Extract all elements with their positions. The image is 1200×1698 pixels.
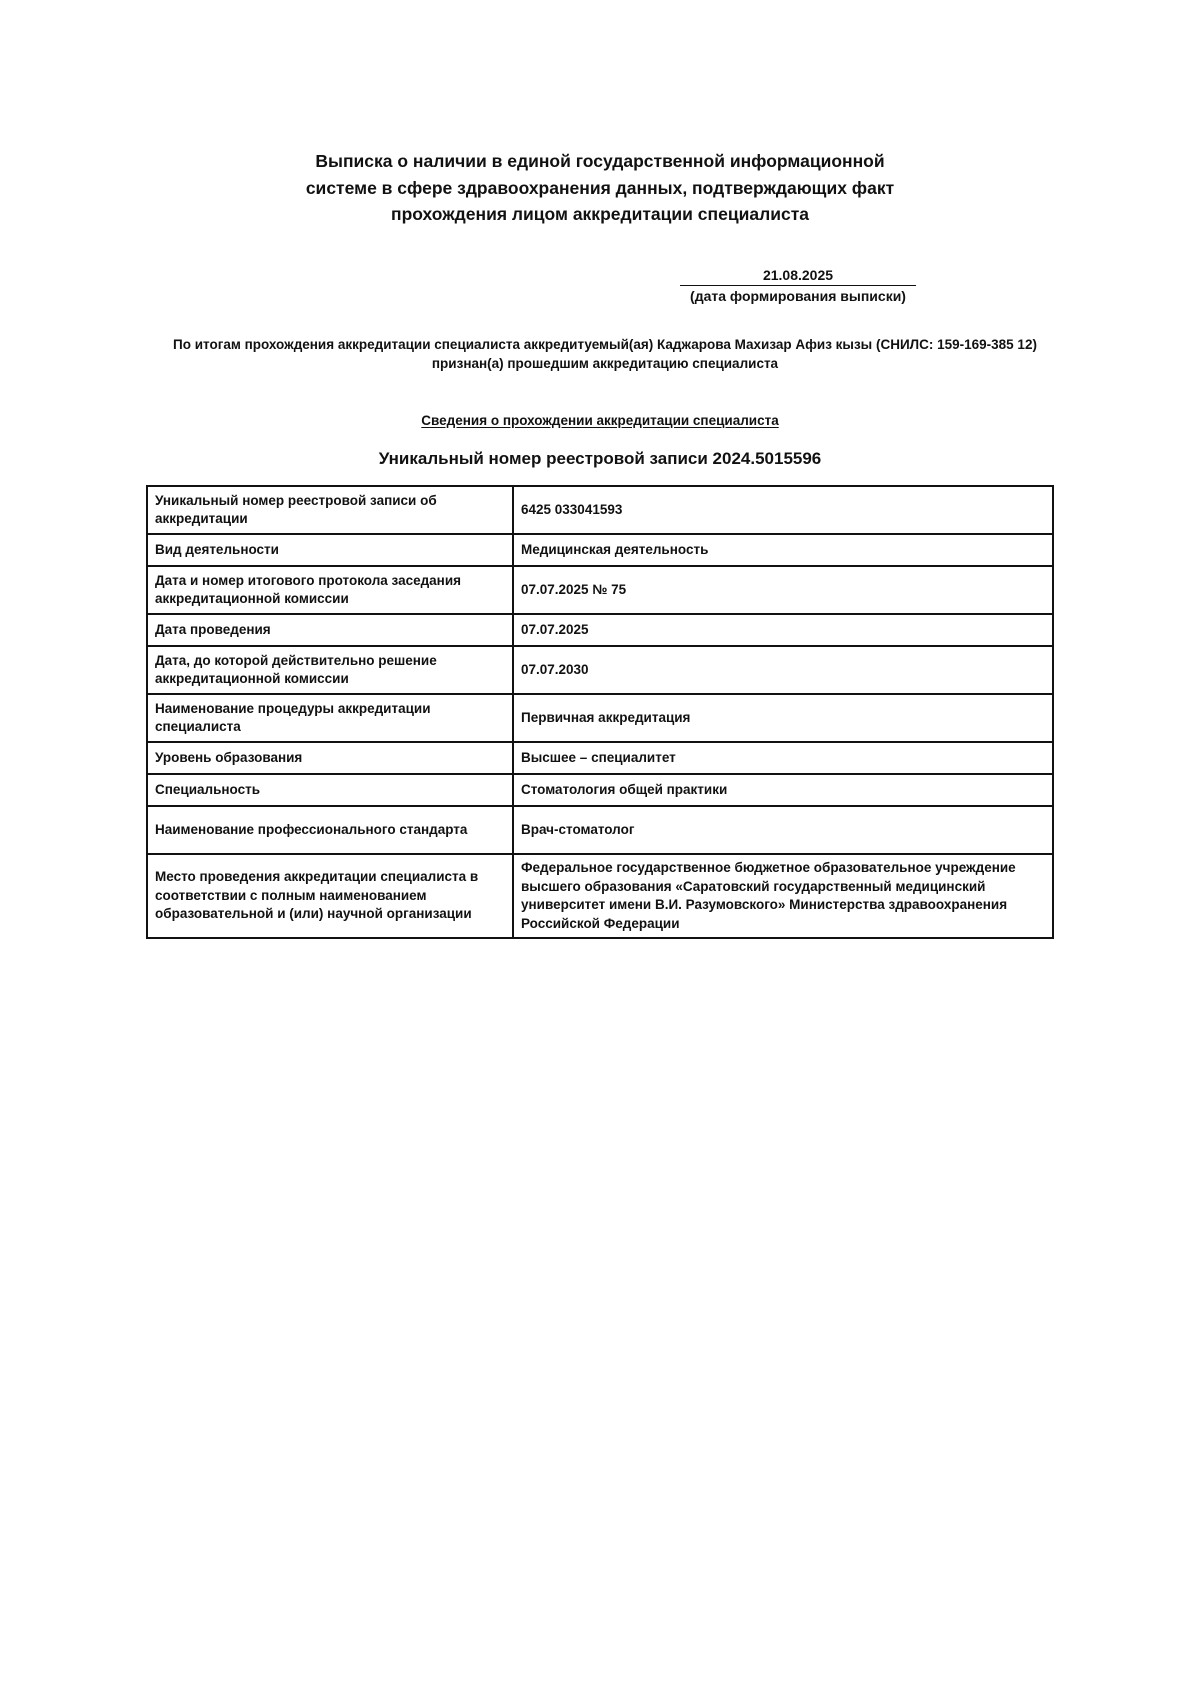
row-value: Врач-стоматолог	[513, 806, 1053, 854]
table-row: Дата и номер итогового протокола заседан…	[147, 566, 1053, 614]
row-value: 6425 033041593	[513, 486, 1053, 534]
document-title-line: Выписка о наличии в единой государственн…	[250, 148, 950, 175]
row-label: Уровень образования	[147, 742, 513, 774]
table-row: Дата, до которой действительно решение а…	[147, 646, 1053, 694]
row-label: Вид деятельности	[147, 534, 513, 566]
row-value: Высшее – специалитет	[513, 742, 1053, 774]
document-page: Выписка о наличии в единой государственн…	[0, 0, 1200, 1698]
row-value: Федеральное государственное бюджетное об…	[513, 854, 1053, 938]
row-label: Дата проведения	[147, 614, 513, 646]
section-heading: Сведения о прохождении аккредитации спец…	[300, 412, 900, 430]
row-label: Дата, до которой действительно решение а…	[147, 646, 513, 694]
section-heading-text: Сведения о прохождении аккредитации спец…	[421, 413, 778, 428]
formation-date-block: 21.08.2025 (дата формирования выписки)	[680, 267, 916, 305]
formation-date: 21.08.2025	[680, 267, 916, 286]
accreditation-info-table: Уникальный номер реестровой записи об ак…	[146, 485, 1054, 939]
accreditation-statement: По итогам прохождения аккредитации специ…	[150, 336, 1060, 373]
formation-date-caption: (дата формирования выписки)	[680, 287, 916, 305]
table-row: Уникальный номер реестровой записи об ак…	[147, 486, 1053, 534]
row-label: Наименование процедуры аккредитации спец…	[147, 694, 513, 742]
table-row: Специальность Стоматология общей практик…	[147, 774, 1053, 806]
row-value: Медицинская деятельность	[513, 534, 1053, 566]
row-value: 07.07.2030	[513, 646, 1053, 694]
row-value: Стоматология общей практики	[513, 774, 1053, 806]
document-title: Выписка о наличии в единой государственн…	[250, 148, 950, 228]
row-label: Место проведения аккредитации специалист…	[147, 854, 513, 938]
row-label: Уникальный номер реестровой записи об ак…	[147, 486, 513, 534]
document-title-line: прохождения лицом аккредитации специалис…	[250, 201, 950, 228]
row-label: Наименование профессионального стандарта	[147, 806, 513, 854]
table-row: Наименование процедуры аккредитации спец…	[147, 694, 1053, 742]
table-row: Наименование профессионального стандарта…	[147, 806, 1053, 854]
row-value: 07.07.2025 № 75	[513, 566, 1053, 614]
row-label: Дата и номер итогового протокола заседан…	[147, 566, 513, 614]
registry-number-title: Уникальный номер реестровой записи 2024.…	[250, 448, 950, 470]
document-title-line: системе в сфере здравоохранения данных, …	[250, 175, 950, 202]
table-row: Дата проведения 07.07.2025	[147, 614, 1053, 646]
row-value: 07.07.2025	[513, 614, 1053, 646]
row-value: Первичная аккредитация	[513, 694, 1053, 742]
table-row: Место проведения аккредитации специалист…	[147, 854, 1053, 938]
row-label: Специальность	[147, 774, 513, 806]
table-row: Уровень образования Высшее – специалитет	[147, 742, 1053, 774]
table-row: Вид деятельности Медицинская деятельност…	[147, 534, 1053, 566]
